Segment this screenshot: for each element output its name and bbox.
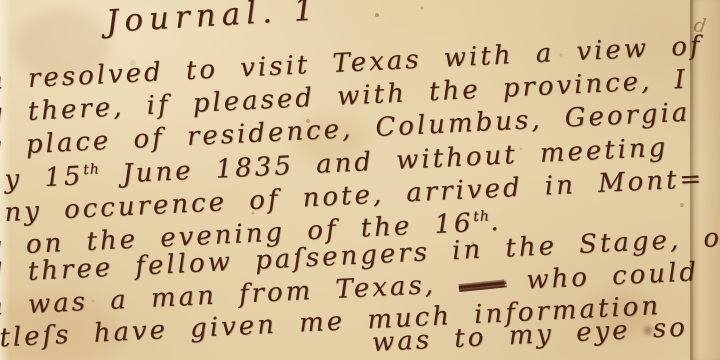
superscript-th: th xyxy=(83,161,100,178)
line-text: ay 15 xyxy=(0,161,84,196)
manuscript-photo: Journal. 1 n resolved to visit Texas wit… xyxy=(0,0,720,360)
journal-title: Journal. 1 xyxy=(105,0,320,40)
line-text: . xyxy=(489,207,502,238)
struck-out-word: —— xyxy=(457,268,506,302)
superscript-th: th xyxy=(473,208,490,225)
